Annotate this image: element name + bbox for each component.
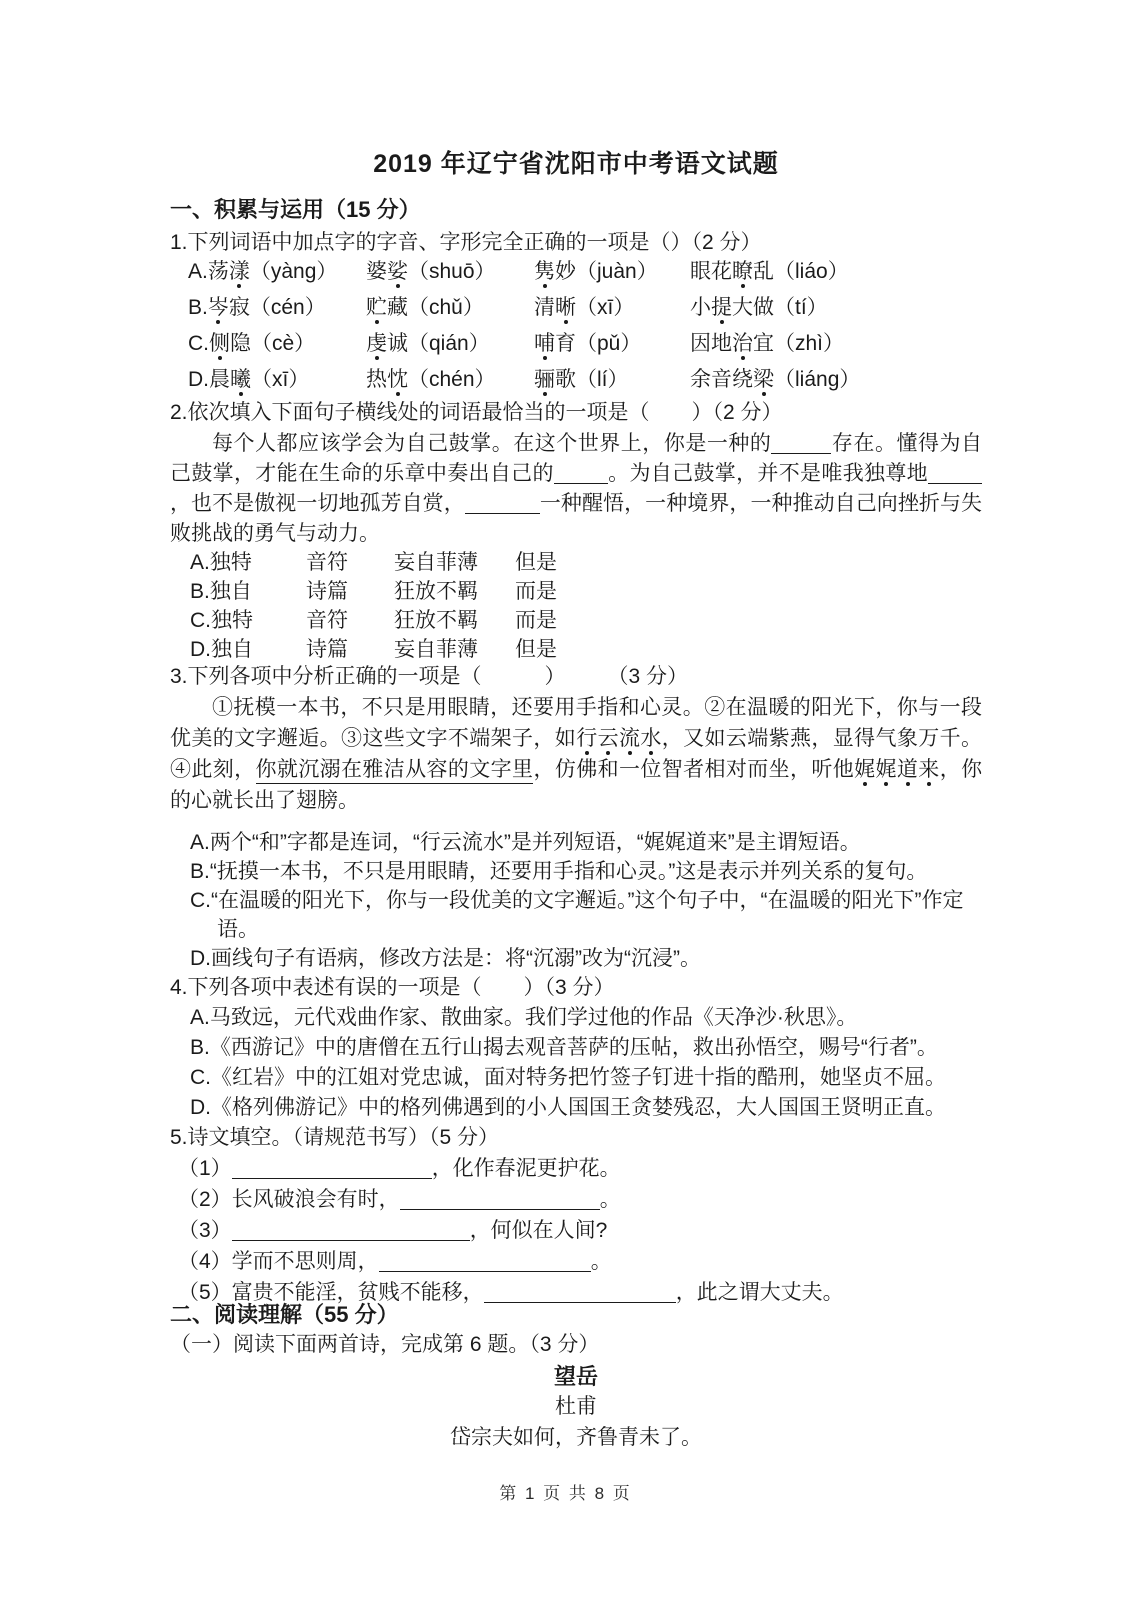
- dotted-char: 侧: [209, 332, 230, 355]
- q3-option-c: C.“在温暖的阳光下，你与一段优美的文字邂逅。”这个句子中，“在温暖的阳光下”作…: [170, 886, 982, 944]
- option-word: 诗篇: [306, 577, 394, 606]
- dotted-char: 来: [918, 757, 939, 781]
- dotted-char: 瞭: [732, 260, 753, 283]
- option-word: 但是: [515, 548, 982, 577]
- option-word: D.独自: [190, 635, 306, 664]
- dotted-char: 晰: [555, 296, 576, 319]
- q2-stem: 2.依次填入下面句子横线处的词语最恰当的一项是（ ）（2 分）: [170, 398, 982, 428]
- question-4: 4.下列各项中表述有误的一项是（ ）（3 分） A.马致远，元代戏曲作家、散曲家…: [170, 973, 982, 1123]
- dotted-char: 忱: [387, 368, 408, 391]
- option-word: 妄自菲薄: [394, 635, 515, 664]
- word-item: 余音绕梁（liáng）: [690, 362, 982, 398]
- question-2: 2.依次填入下面句子横线处的词语最恰当的一项是（ ）（2 分） 每个人都应该学会…: [170, 398, 982, 664]
- q5-stem: 5.诗文填空。（请规范书写）（5 分）: [170, 1123, 982, 1153]
- poem-line: 岱宗夫如何，齐鲁青未了。: [170, 1422, 982, 1452]
- doc-title: 2019 年辽宁省沈阳市中考语文试题: [170, 146, 982, 182]
- underlined-text: 你就沉溺在雅洁从容的文字里: [256, 757, 534, 784]
- dotted-char: 云: [598, 726, 619, 750]
- dotted-char: 水: [640, 726, 661, 750]
- q1-options-table: A.荡漾（yàng） 婆娑（shuō） 隽妙（juàn） 眼花瞭乱（liáo） …: [170, 254, 982, 398]
- q1-option-row-d: D.晨曦（xī） 热忱（chén） 骊歌（lí） 余音绕梁（liáng）: [170, 362, 982, 398]
- q3-option-d: D.画线句子有语病，修改方法是：将“沉溺”改为“沉浸”。: [170, 944, 982, 973]
- dotted-char: 娑: [387, 260, 408, 283]
- dotted-char: 梁: [753, 368, 774, 391]
- section-2-intro: （一）阅读下面两首诗，完成第 6 题。（3 分）: [170, 1330, 982, 1360]
- q2-option-row-d: D.独自 诗篇 妄自菲薄 但是: [170, 635, 982, 664]
- q2-passage: 每个人都应该学会为自己鼓掌。在这个世界上，你是一种的存在。懂得为自己鼓掌，才能在…: [170, 428, 982, 548]
- dotted-char: 曦: [230, 368, 251, 391]
- question-1: 1.下列词语中加点字的字音、字形完全正确的一项是（）（2 分） A.荡漾（yàn…: [170, 228, 982, 398]
- word-item: C.侧隐（cè）: [188, 326, 366, 362]
- option-word: C.独特: [190, 606, 306, 635]
- dotted-char: 行: [576, 726, 597, 750]
- q4-options: A.马致远，元代戏曲作家、散曲家。我们学过他的作品《天净沙·秋思》。 B.《西游…: [170, 1003, 982, 1123]
- dotted-char: 治: [732, 332, 753, 355]
- q5-item-1: （1），化作春泥更护花。: [170, 1153, 982, 1184]
- question-5: 5.诗文填空。（请规范书写）（5 分） （1），化作春泥更护花。 （2）长风破浪…: [170, 1123, 982, 1308]
- q1-option-row-b: B.岑寂（cén） 贮藏（chǔ） 清晰（xī） 小提大做（tí）: [170, 290, 982, 326]
- q3-passage: ①抚模一本书，不只是用眼睛，还要用手指和心灵。②在温暖的阳光下，你与一段优美的文…: [170, 692, 982, 816]
- option-word: A.独特: [190, 548, 306, 577]
- q4-option-b: B.《西游记》中的唐僧在五行山揭去观音菩萨的压帖，救出孙悟空，赐号“行者”。: [170, 1033, 982, 1063]
- word-item: 眼花瞭乱（liáo）: [690, 254, 982, 290]
- dotted-char: 岑: [208, 296, 229, 319]
- q4-option-d: D.《格列佛游记》中的格列佛遇到的小人国国王贪婪残忍，大人国国王贤明正直。: [170, 1093, 982, 1123]
- option-word: 但是: [515, 635, 982, 664]
- word-item: 骊歌（lí）: [534, 362, 690, 398]
- option-word: 而是: [515, 577, 982, 606]
- dotted-char: 道: [897, 757, 918, 781]
- dotted-char: 流: [619, 726, 640, 750]
- q5-item-3: （3），何似在人间?: [170, 1215, 982, 1246]
- option-word: 妄自菲薄: [394, 548, 515, 577]
- word-item: 小提大做（tí）: [690, 290, 982, 326]
- q2-option-row-b: B.独自 诗篇 狂放不羁 而是: [170, 577, 982, 606]
- dotted-char: 提: [711, 296, 732, 319]
- dotted-char: 娓: [854, 757, 875, 781]
- word-item: 因地治宜（zhì）: [690, 326, 982, 362]
- blank-line: [771, 439, 831, 454]
- word-item: D.晨曦（xī）: [188, 362, 366, 398]
- blank-line: [400, 1195, 600, 1210]
- q3-options: A.两个“和”字都是连词，“行云流水”是并列短语，“娓娓道来”是主谓短语。 B.…: [170, 828, 982, 973]
- exam-page: 2019 年辽宁省沈阳市中考语文试题 一、积累与运用（15 分） 1.下列词语中…: [0, 0, 1131, 1600]
- dotted-char: 漾: [229, 260, 250, 283]
- option-word: 诗篇: [306, 635, 394, 664]
- q4-option-c: C.《红岩》中的江姐对党忠诚，面对特务把竹签子钉进十指的酷刑，她坚贞不屈。: [170, 1063, 982, 1093]
- option-word: 而是: [515, 606, 982, 635]
- word-item: 隽妙（juàn）: [534, 254, 690, 290]
- section-1-heading: 一、积累与运用（15 分）: [170, 194, 982, 226]
- dotted-char: 贮: [366, 296, 387, 319]
- word-item: B.岑寂（cén）: [188, 290, 366, 326]
- page-footer: 第 1 页 共 8 页: [0, 1479, 1131, 1504]
- q2-option-row-c: C.独特 音符 狂放不羁 而是: [170, 606, 982, 635]
- dotted-char: 娓: [876, 757, 897, 781]
- blank-line: [465, 499, 540, 514]
- option-word: 音符: [306, 606, 394, 635]
- dotted-char: 骊: [534, 368, 555, 391]
- word-item: 虔诚（qián）: [366, 326, 534, 362]
- q4-option-a: A.马致远，元代戏曲作家、散曲家。我们学过他的作品《天净沙·秋思》。: [170, 1003, 982, 1033]
- word-item: 贮藏（chǔ）: [366, 290, 534, 326]
- word-item: A.荡漾（yàng）: [188, 254, 366, 290]
- word-item: 热忱（chén）: [366, 362, 534, 398]
- blank-line: [232, 1164, 432, 1179]
- option-word: 狂放不羁: [394, 606, 515, 635]
- option-word: 音符: [306, 548, 394, 577]
- poem: 望岳 杜甫 岱宗夫如何，齐鲁青未了。: [170, 1362, 982, 1452]
- blank-line: [554, 469, 608, 484]
- dotted-char: 哺: [534, 332, 555, 355]
- question-3: 3.下列各项中分析正确的一项是（ ） （3 分） ①抚模一本书，不只是用眼睛，还…: [170, 662, 982, 973]
- q1-option-row-a: A.荡漾（yàng） 婆娑（shuō） 隽妙（juàn） 眼花瞭乱（liáo）: [170, 254, 982, 290]
- content-column: 2019 年辽宁省沈阳市中考语文试题 一、积累与运用（15 分） 1.下列词语中…: [170, 0, 982, 1452]
- blank-line: [232, 1226, 470, 1241]
- poem-title: 望岳: [170, 1362, 982, 1392]
- option-word: B.独自: [190, 577, 306, 606]
- word-item: 婆娑（shuō）: [366, 254, 534, 290]
- q3-option-b: B.“抚摸一本书，不只是用眼睛，还要用手指和心灵。”这是表示并列关系的复句。: [170, 857, 982, 886]
- q1-option-row-c: C.侧隐（cè） 虔诚（qián） 哺育（pǔ） 因地治宜（zhì）: [170, 326, 982, 362]
- q2-options-table: A.独特 音符 妄自菲薄 但是 B.独自 诗篇 狂放不羁 而是 C.独特 音符 …: [170, 548, 982, 664]
- blank-line: [928, 469, 982, 484]
- q4-stem: 4.下列各项中表述有误的一项是（ ）（3 分）: [170, 973, 982, 1003]
- option-word: 狂放不羁: [394, 577, 515, 606]
- word-item: 清晰（xī）: [534, 290, 690, 326]
- poem-author: 杜甫: [170, 1392, 982, 1422]
- word-item: 哺育（pǔ）: [534, 326, 690, 362]
- q2-option-row-a: A.独特 音符 妄自菲薄 但是: [170, 548, 982, 577]
- blank-line: [484, 1288, 676, 1303]
- q3-stem: 3.下列各项中分析正确的一项是（ ） （3 分）: [170, 662, 982, 692]
- q5-item-2: （2）长风破浪会有时，。: [170, 1184, 982, 1215]
- blank-line: [379, 1257, 591, 1272]
- q3-option-a: A.两个“和”字都是连词，“行云流水”是并列短语，“娓娓道来”是主谓短语。: [170, 828, 982, 857]
- dotted-char: 隽: [534, 260, 555, 283]
- dotted-char: 虔: [366, 332, 387, 355]
- q5-item-4: （4）学而不思则周，。: [170, 1246, 982, 1277]
